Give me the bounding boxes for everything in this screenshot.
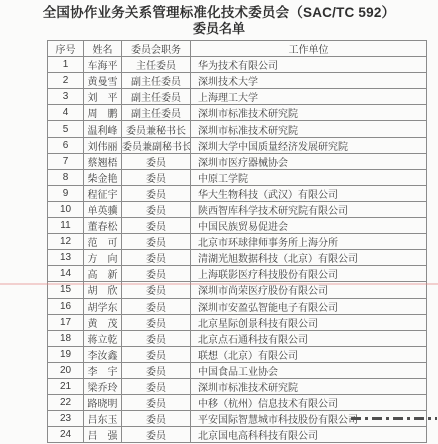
cell-work-unit: 联想（北京）有限公司 bbox=[191, 346, 427, 362]
table-row: 4 周 鹏 副主任委员 深圳市标准技术研究院 bbox=[48, 105, 427, 121]
cell-name: 高 新 bbox=[84, 266, 122, 282]
cell-name: 路晓明 bbox=[84, 395, 122, 411]
table-row: 24 吕 强 委员 北京国电高科科技有限公司 bbox=[48, 427, 427, 443]
table-row: 16 胡学东 委员 深圳市安盈弘智能电子有限公司 bbox=[48, 298, 427, 314]
cell-serial-number: 23 bbox=[48, 411, 84, 427]
header-name: 姓名 bbox=[84, 41, 122, 57]
cell-name: 刘伟丽 bbox=[84, 137, 122, 153]
cell-serial-number: 14 bbox=[48, 266, 84, 282]
cell-committee-role: 副主任委员 bbox=[122, 73, 191, 89]
cell-committee-role: 委员 bbox=[122, 153, 191, 169]
cell-work-unit: 中原工学院 bbox=[191, 169, 427, 185]
cell-work-unit: 清湖光旭数据科技（北京）有限公司 bbox=[191, 250, 427, 266]
cell-name: 范 可 bbox=[84, 234, 122, 250]
cell-work-unit: 北京点石通科技有限公司 bbox=[191, 330, 427, 346]
cell-work-unit: 深圳市安盈弘智能电子有限公司 bbox=[191, 298, 427, 314]
committee-title: 全国协作业务关系管理标准化技术委员会（SAC/TC 592） bbox=[0, 4, 438, 21]
cell-serial-number: 3 bbox=[48, 89, 84, 105]
cell-name: 车海平 bbox=[84, 57, 122, 73]
table-row: 8 柴金艳 委员 中原工学院 bbox=[48, 169, 427, 185]
cell-work-unit: 陕西智库科学技术研究院有限公司 bbox=[191, 201, 427, 217]
cell-work-unit: 中国民族贸易促进会 bbox=[191, 218, 427, 234]
cell-name: 胡学东 bbox=[84, 298, 122, 314]
cell-serial-number: 13 bbox=[48, 250, 84, 266]
cell-committee-role: 委员兼副秘书长 bbox=[122, 137, 191, 153]
cell-name: 蔡翘梧 bbox=[84, 153, 122, 169]
cell-name: 程征宇 bbox=[84, 185, 122, 201]
cell-serial-number: 2 bbox=[48, 73, 84, 89]
cell-committee-role: 委员兼秘书长 bbox=[122, 121, 191, 137]
cell-serial-number: 7 bbox=[48, 153, 84, 169]
cell-name: 吕 强 bbox=[84, 427, 122, 443]
cell-committee-role: 委员 bbox=[122, 185, 191, 201]
cell-committee-role: 主任委员 bbox=[122, 57, 191, 73]
cell-name: 柴金艳 bbox=[84, 169, 122, 185]
cell-work-unit: 深圳市标准技术研究院 bbox=[191, 105, 427, 121]
cell-serial-number: 20 bbox=[48, 362, 84, 378]
cell-committee-role: 委员 bbox=[122, 201, 191, 217]
cell-work-unit: 上海联影医疗科技股份有限公司 bbox=[191, 266, 427, 282]
table-row: 9 程征宇 委员 华大生物科技（武汉）有限公司 bbox=[48, 185, 427, 201]
cell-work-unit: 上海理工大学 bbox=[191, 89, 427, 105]
cell-name: 李 宇 bbox=[84, 362, 122, 378]
cell-name: 胡 欣 bbox=[84, 282, 122, 298]
table-row: 14 高 新 委员 上海联影医疗科技股份有限公司 bbox=[48, 266, 427, 282]
table-row: 11 董春松 委员 中国民族贸易促进会 bbox=[48, 218, 427, 234]
cell-serial-number: 12 bbox=[48, 234, 84, 250]
cell-name: 温利峰 bbox=[84, 121, 122, 137]
cell-serial-number: 16 bbox=[48, 298, 84, 314]
table-row: 10 单英骥 委员 陕西智库科学技术研究院有限公司 bbox=[48, 201, 427, 217]
table-row: 1 车海平 主任委员 华为技术有限公司 bbox=[48, 57, 427, 73]
cell-serial-number: 1 bbox=[48, 57, 84, 73]
cell-serial-number: 9 bbox=[48, 185, 84, 201]
table-row: 15 胡 欣 委员 深圳市尚荣医疗股份有限公司 bbox=[48, 282, 427, 298]
cell-name: 董春松 bbox=[84, 218, 122, 234]
table-row: 20 李 宇 委员 中国食品工业协会 bbox=[48, 362, 427, 378]
cell-committee-role: 委员 bbox=[122, 298, 191, 314]
cell-work-unit: 深圳市医疗器械协会 bbox=[191, 153, 427, 169]
table-row: 19 李汝鑫 委员 联想（北京）有限公司 bbox=[48, 346, 427, 362]
cell-name: 黄 茂 bbox=[84, 314, 122, 330]
cell-work-unit: 北京星际创景科技有限公司 bbox=[191, 314, 427, 330]
table-row: 6 刘伟丽 委员兼副秘书长 深圳大学中国质量经济发展研究院 bbox=[48, 137, 427, 153]
cell-work-unit: 平安国际智慧城市科技股份有限公司 bbox=[191, 411, 427, 427]
table-row: 18 蒋立乾 委员 北京点石通科技有限公司 bbox=[48, 330, 427, 346]
cell-committee-role: 委员 bbox=[122, 218, 191, 234]
header-work-unit: 工作单位 bbox=[191, 41, 427, 57]
cell-committee-role: 委员 bbox=[122, 346, 191, 362]
cell-committee-role: 委员 bbox=[122, 169, 191, 185]
cell-work-unit: 深圳市尚荣医疗股份有限公司 bbox=[191, 282, 427, 298]
member-roster-table: 序号 姓名 委员会职务 工作单位 1 车海平 主任委员 华为技术有限公司 2 黄… bbox=[47, 40, 427, 443]
table-row: 2 黄曼雪 副主任委员 深圳技术大学 bbox=[48, 73, 427, 89]
cell-name: 方 向 bbox=[84, 250, 122, 266]
cell-serial-number: 24 bbox=[48, 427, 84, 443]
cell-committee-role: 委员 bbox=[122, 330, 191, 346]
cell-work-unit: 深圳技术大学 bbox=[191, 73, 427, 89]
cell-committee-role: 委员 bbox=[122, 250, 191, 266]
cell-serial-number: 11 bbox=[48, 218, 84, 234]
scanned-document-page: 全国协作业务关系管理标准化技术委员会（SAC/TC 592） 委员名单 序号 姓… bbox=[0, 0, 438, 444]
cell-committee-role: 委员 bbox=[122, 266, 191, 282]
cell-serial-number: 18 bbox=[48, 330, 84, 346]
cell-serial-number: 5 bbox=[48, 121, 84, 137]
cell-serial-number: 19 bbox=[48, 346, 84, 362]
cell-committee-role: 委员 bbox=[122, 427, 191, 443]
cell-committee-role: 委员 bbox=[122, 282, 191, 298]
header-committee-role: 委员会职务 bbox=[122, 41, 191, 57]
cell-name: 周 鹏 bbox=[84, 105, 122, 121]
cell-serial-number: 10 bbox=[48, 201, 84, 217]
cell-work-unit: 北京国电高科科技有限公司 bbox=[191, 427, 427, 443]
cell-committee-role: 委员 bbox=[122, 314, 191, 330]
table-row: 17 黄 茂 委员 北京星际创景科技有限公司 bbox=[48, 314, 427, 330]
cell-serial-number: 21 bbox=[48, 378, 84, 394]
cell-work-unit: 北京市环球律师事务所上海分所 bbox=[191, 234, 427, 250]
roster-subtitle: 委员名单 bbox=[0, 21, 438, 36]
cell-committee-role: 副主任委员 bbox=[122, 105, 191, 121]
table-row: 21 梁乔玲 委员 深圳市标准技术研究院 bbox=[48, 378, 427, 394]
cell-serial-number: 6 bbox=[48, 137, 84, 153]
cell-committee-role: 委员 bbox=[122, 395, 191, 411]
cell-work-unit: 中国食品工业协会 bbox=[191, 362, 427, 378]
cell-work-unit: 深圳市标准技术研究院 bbox=[191, 378, 427, 394]
cell-serial-number: 15 bbox=[48, 282, 84, 298]
cell-name: 刘 平 bbox=[84, 89, 122, 105]
cell-work-unit: 华为技术有限公司 bbox=[191, 57, 427, 73]
cell-serial-number: 22 bbox=[48, 395, 84, 411]
table-row: 22 路晓明 委员 中移（杭州）信息技术有限公司 bbox=[48, 395, 427, 411]
table-row: 23 吕东玉 委员 平安国际智慧城市科技股份有限公司 bbox=[48, 411, 427, 427]
table-row: 5 温利峰 委员兼秘书长 深圳市标准技术研究院 bbox=[48, 121, 427, 137]
table-header-row: 序号 姓名 委员会职务 工作单位 bbox=[48, 41, 427, 57]
table-row: 12 范 可 委员 北京市环球律师事务所上海分所 bbox=[48, 234, 427, 250]
cell-work-unit: 深圳大学中国质量经济发展研究院 bbox=[191, 137, 427, 153]
cell-name: 黄曼雪 bbox=[84, 73, 122, 89]
cell-committee-role: 委员 bbox=[122, 378, 191, 394]
cell-name: 蒋立乾 bbox=[84, 330, 122, 346]
cell-work-unit: 中移（杭州）信息技术有限公司 bbox=[191, 395, 427, 411]
cell-work-unit: 深圳市标准技术研究院 bbox=[191, 121, 427, 137]
cell-work-unit: 华大生物科技（武汉）有限公司 bbox=[191, 185, 427, 201]
header-serial-number: 序号 bbox=[48, 41, 84, 57]
table-row: 3 刘 平 副主任委员 上海理工大学 bbox=[48, 89, 427, 105]
cell-committee-role: 委员 bbox=[122, 362, 191, 378]
cell-committee-role: 副主任委员 bbox=[122, 89, 191, 105]
document-title: 全国协作业务关系管理标准化技术委员会（SAC/TC 592） 委员名单 bbox=[0, 4, 438, 36]
table-row: 13 方 向 委员 清湖光旭数据科技（北京）有限公司 bbox=[48, 250, 427, 266]
cell-serial-number: 4 bbox=[48, 105, 84, 121]
cell-name: 单英骥 bbox=[84, 201, 122, 217]
table-row: 7 蔡翘梧 委员 深圳市医疗器械协会 bbox=[48, 153, 427, 169]
cell-name: 梁乔玲 bbox=[84, 378, 122, 394]
cell-serial-number: 17 bbox=[48, 314, 84, 330]
cell-serial-number: 8 bbox=[48, 169, 84, 185]
cell-committee-role: 委员 bbox=[122, 234, 191, 250]
cell-name: 吕东玉 bbox=[84, 411, 122, 427]
cell-committee-role: 委员 bbox=[122, 411, 191, 427]
cell-name: 李汝鑫 bbox=[84, 346, 122, 362]
